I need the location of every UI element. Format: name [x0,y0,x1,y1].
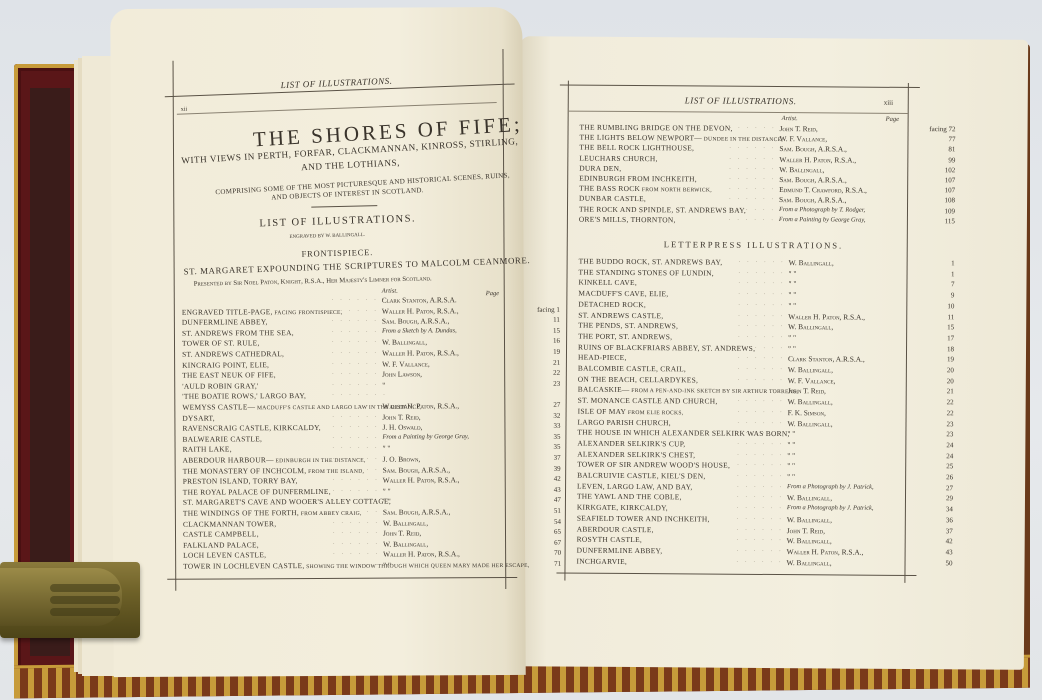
entry-page: 81 [919,145,955,153]
entry-artist: Waller H. Paton, R.S.A., [382,348,459,357]
entry-artist: " " [383,561,391,570]
entry-artist: Clark Stanton, A.R.S.A., [788,354,865,364]
entry-artist: Waller H. Paton, R.S.A., [382,306,459,315]
entry-artist: " " [383,486,391,495]
entry-page: 37 [525,454,561,462]
col-page-header: Page [886,116,899,123]
entry-page: 108 [919,196,955,204]
entry-title: THE PORT, ST. ANDREWS, [578,332,672,342]
entry-artist: Sam. Bough, A.R.S.A., [779,195,847,204]
entry-page: 25 [917,462,953,470]
entry-title: SEAFIELD TOWER AND INCHKEITH, [577,513,710,523]
entry-title: KINCRAIG POINT, ELIE, [182,360,269,369]
entry-page: 42 [525,475,561,483]
entry-page: 43 [525,486,561,494]
entry-artist: W. Ballingall, [382,338,427,347]
entry-page: 19 [918,355,954,363]
book-subtitle: AND THE LOTHIANS, [301,157,400,172]
entry-artist: " [382,380,385,389]
entry-artist: " " [787,451,795,460]
entry-title: RUINS OF BLACKFRIARS ABBEY, ST. ANDREWS, [578,342,755,352]
entry-page: 35 [525,443,561,451]
entry-page: 23 [524,380,560,388]
entry-title: EDINBURGH FROM INCHKEITH, [579,174,697,184]
entry-artist: W. F. Vallance, [788,376,836,385]
entry-page: 17 [918,334,954,342]
entry-title: THE EAST NEUK OF FIFE, [182,370,276,379]
entry-artist: " " [787,440,795,449]
entry-artist: Sam. Bough, A.R.S.A., [383,507,451,516]
col-artist-header: Artist. [782,115,798,122]
entry-page: 19 [524,348,560,356]
entry-title: PRESTON ISLAND, TORRY BAY, [183,476,298,486]
entry-artist: J. O. Brown, [383,454,421,463]
entry-page: 1 [919,259,955,267]
entry-page: 50 [917,559,953,567]
entry-title: THE YAWL AND THE COBLE, [577,492,682,502]
entry-title: THE ROCK AND SPINDLE, ST. ANDREWS BAY, [579,204,746,214]
entry-title: ST. ANDREWS CATHEDRAL, [182,349,284,359]
entry-artist: Sam. Bough, A.R.S.A., [383,465,451,474]
entry-artist: Clark Stanton, A.R.S.A. [382,295,457,304]
entry-artist: W. Ballingall, [787,419,832,428]
entry-artist: Waller H. Paton, R.S.A., [787,547,864,557]
entry-title: THE BUDDO ROCK, ST. ANDREWS BAY, [579,257,723,267]
page-number: xiii [884,99,893,107]
entry-page: 33 [524,422,560,430]
entry-page: 70 [525,549,561,557]
entry-page: 35 [524,433,560,441]
entry-page: 37 [917,527,953,535]
entry-artist: From a Photograph by J. Patrick, [787,483,874,491]
entry-page: 36 [917,516,953,524]
entry-artist: Sam. Bough, A.R.S.A., [779,144,847,153]
entry-title: DUNBAR CASTLE, [579,194,646,203]
entry-artist: W. Ballingall, [788,365,833,374]
list-item: TOWER IN LOCHLEVEN CASTLE, showing the w… [183,560,503,573]
entry-page: 39 [525,464,561,472]
entry-title: ORE'S MILLS, THORNTON, [579,214,676,224]
entry-artist: Edmund T. Crawford, R.S.A., [779,185,867,195]
entry-artist: W. Ballingall, [787,515,832,524]
entry-artist: Waller H. Paton, R.S.A., [382,401,459,410]
entry-page: 7 [918,280,954,288]
right-page: LIST OF ILLUSTRATIONS. xiii Artist. Page… [516,36,1028,670]
entry-page: 22 [524,369,560,377]
entry-artist: From a Painting by George Gray, [779,216,866,224]
entry-page: 42 [917,537,953,545]
entry-artist: W. Ballingall, [779,165,824,174]
entry-page: 32 [524,411,560,419]
entry-page: 24 [917,452,953,460]
entry-title: TOWER OF ST. RULE, [182,339,260,348]
entry-artist: " " [788,290,796,299]
entry-page: 20 [918,377,954,385]
entry-title: MACDUFF'S CAVE, ELIE, [578,289,668,299]
entry-title: DETACHED ROCK, [578,299,646,308]
entry-artist: W. Ballingall, [787,558,832,567]
illustrations-list: .......Clark Stanton, A.R.S.A.ENGRAVED T… [110,7,522,9]
entry-page: 67 [525,539,561,547]
entry-title: ALEXANDER SELKIRK'S CHEST, [577,449,695,459]
entry-page: 20 [918,366,954,374]
entry-title: DUNFERMLINE ABBEY, [182,317,268,326]
entry-artist: " " [787,461,795,470]
entry-artist: " " [383,497,391,506]
illustrations-list-continued: THE RUMBLING BRIDGE ON THE DEVON,.......… [520,36,1028,40]
entry-title: CASTLE CAMPBELL, [183,529,259,538]
leader-dots: ....... [332,391,392,397]
entry-page: 99 [919,156,955,164]
entry-page: 22 [918,398,954,406]
entry-title: RAITH LAKE, [183,445,232,454]
entry-page: 51 [525,507,561,515]
entry-page: 21 [524,358,560,366]
page-number: xii [181,107,187,113]
entry-title: ISLE OF MAY from Elie Rocks, [578,406,684,416]
entry-artist: W. Ballingall, [787,493,832,502]
entry-title: BALCOMBIE CASTLE, CRAIL, [578,364,686,374]
entry-page: 26 [917,473,953,481]
entry-title: ALEXANDER SELKIRK'S CUP, [577,439,685,449]
section-title: LIST OF ILLUSTRATIONS. [259,213,416,229]
entry-page: 109 [919,207,955,215]
entry-title: CLACKMANNAN TOWER, [183,519,276,528]
entry-title: THE RUMBLING BRIDGE ON THE DEVON, [580,123,733,133]
entry-title: FALKLAND PALACE, [183,540,259,549]
entry-title: HEAD-PIECE, [578,353,627,362]
entry-title: BALCRUIVIE CASTLE, KIEL'S DEN, [577,471,705,481]
frontispiece-label: FRONTISPIECE. [301,247,373,259]
entry-artist: " " [788,344,796,353]
entry-title: ON THE BEACH, CELLARDYKES, [578,374,698,384]
entry-artist: From a Painting by George Gray, [382,433,469,440]
entry-page: 77 [919,135,955,143]
frontispiece-title: ST. MARGARET EXPOUNDING THE SCRIPTURES T… [184,255,531,276]
list-item: ORE'S MILLS, THORNTON,.......From a Pain… [579,214,899,227]
entry-title: THE STANDING STONES OF LUNDIN, [579,267,714,277]
entry-page: 107 [919,186,955,194]
entry-page: 11 [524,316,560,324]
entry-title: DYSART, [182,413,215,422]
entry-page: 27 [524,401,560,409]
entry-title: LOCH LEVEN CASTLE, [183,551,266,560]
entry-page: facing 1 [524,305,560,313]
entry-title: ST. ANDREWS CASTLE, [578,310,663,320]
entry-artist: Waller H. Paton, R.S.A., [779,155,856,165]
entry-page: 102 [919,166,955,174]
entry-page: 18 [918,345,954,353]
col-artist-header: Artist. [382,288,398,295]
entry-page: 47 [525,496,561,504]
entry-artist: John T. Reid, [787,526,825,535]
running-head: LIST OF ILLUSTRATIONS. [685,95,797,106]
entry-artist: W. F. Vallance, [382,359,430,368]
entry-artist: Sam. Bough, A.R.S.A., [779,175,847,184]
entry-page: 29 [917,494,953,502]
entry-title: THE PENDS, ST. ANDREWS, [578,321,678,331]
entry-title: DURA DEN, [579,163,621,172]
entry-title: THE BASS ROCK from North Berwick, [579,184,712,194]
entry-title: KIRKGATE, KIRKCALDY, [577,503,668,513]
entry-title: 'THE BOATIE ROWS,' LARGO BAY, [182,391,306,401]
entry-artist: " " [383,444,391,453]
entry-title: KINKELL CAVE, [578,278,637,287]
brass-hand-page-weight [0,562,140,638]
engraver-credit: ENGRAVED BY W. BALLINGALL. [289,233,365,240]
entry-title: THE ROYAL PALACE OF DUNFERMLINE, [183,487,331,497]
entry-artist: John Lawson, [382,370,422,379]
entry-title: INCHGARVIE, [577,556,628,565]
entry-title: ST. MONANCE CASTLE AND CHURCH, [578,396,718,406]
left-page: LIST OF ILLUSTRATIONS. xii THE SHORES OF… [110,7,525,677]
entry-page: 16 [524,337,560,345]
entry-artist: From a Photograph by J. Patrick, [787,504,874,512]
entry-page: 11 [918,313,954,321]
entry-page: 15 [524,327,560,335]
entry-title: LARGO PARISH CHURCH, [577,417,670,427]
entry-page: 71 [525,560,561,568]
entry-artist: " " [788,280,796,289]
entry-artist: W. F. Vallance, [779,134,827,143]
entry-artist: J. H. Oswald, [382,423,422,432]
entry-artist: W. Ballingall, [787,536,832,545]
entry-page: 65 [525,528,561,536]
entry-page: 43 [917,548,953,556]
entry-page: 23 [917,430,953,438]
entry-page: 21 [918,387,954,395]
entry-artist: " " [788,301,796,310]
entry-artist: W. Ballingall, [788,322,833,331]
entry-artist: W. Ballingall, [383,539,428,548]
entry-artist: John T. Reid, [382,412,420,421]
entry-page: 27 [917,484,953,492]
entry-artist: John T. Reid, [788,387,826,396]
entry-artist: Waller H. Paton, R.S.A., [788,312,865,322]
entry-page: 23 [917,420,953,428]
entry-title: DUNFERMLINE ABBEY, [577,546,663,556]
entry-artist: F. K. Simson, [788,408,826,417]
entry-page: 115 [919,217,955,225]
entry-page: 1 [919,270,955,278]
entry-title: 'AULD ROBIN GRAY,' [182,381,258,390]
entry-page: 22 [918,409,954,417]
entry-page: 34 [917,505,953,513]
entry-title: ROSYTH CASTLE, [577,535,642,544]
entry-artist: " " [787,429,795,438]
entry-page: facing 72 [920,125,956,133]
entry-artist: W. Ballingall, [383,518,428,527]
entry-page: 10 [918,302,954,310]
entry-title: ST. ANDREWS FROM THE SEA, [182,328,294,338]
entry-page: 54 [525,517,561,525]
entry-title: THE BELL ROCK LIGHTHOUSE, [579,143,694,153]
entry-title: ENGRAVED TITLE-PAGE, facing Frontispiece… [182,306,343,316]
entry-artist: " " [789,269,797,278]
entry-artist: " " [787,472,795,481]
entry-title: LEUCHARS CHURCH, [579,153,657,163]
entry-page: 15 [918,323,954,331]
entry-title: TOWER OF SIR ANDREW WOOD'S HOUSE, [577,460,730,470]
entry-artist: From a Sketch by A. Dundas, [382,327,457,334]
entry-title: LEVEN, LARGO LAW, AND BAY, [577,481,693,491]
list-item: INCHGARVIE,.......W. Ballingall,50 [576,556,896,569]
entry-artist: John T. Reid, [780,124,818,133]
entry-title: RAVENSCRAIG CASTLE, KIRKCALDY, [182,423,321,433]
entry-artist: From a Photograph by T. Rodger, [779,206,865,214]
letterpress-list: THE BUDDO ROCK, ST. ANDREWS BAY,.......W… [520,36,1028,40]
entry-artist: W. Ballingall, [789,258,834,267]
entry-page: 107 [919,176,955,184]
frontispiece-credit: Presented by Sir Noel Paton, Knight, R.S… [194,275,432,287]
letterpress-title: LETTERPRESS ILLUSTRATIONS. [664,239,844,250]
entry-artist: John T. Reid, [383,529,421,538]
entry-artist: Waller H. Paton, R.S.A., [383,475,460,484]
entry-title: ABERDOUR CASTLE, [577,524,654,534]
entry-title: BALWEARIE CASTLE, [182,434,262,443]
entry-page: 24 [917,441,953,449]
entry-artist: Sam. Bough, A.R.S.A., [382,316,450,325]
entry-artist: W. Ballingall, [788,397,833,406]
entry-artist: " " [788,333,796,342]
entry-page: 9 [918,291,954,299]
entry-artist: Waller H. Paton, R.S.A., [383,550,460,559]
